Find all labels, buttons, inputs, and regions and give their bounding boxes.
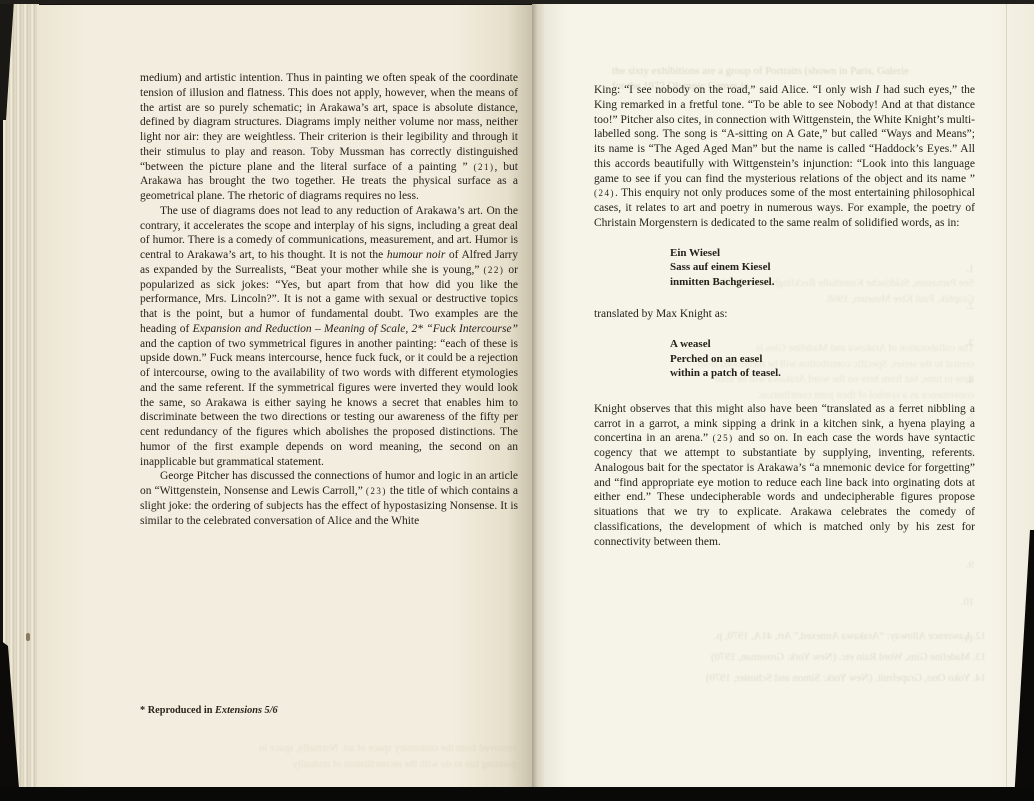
text-run: and the caption of two symmetrical figur…	[140, 338, 518, 468]
bleedthrough-line: 14. Yoko Ono, Grapefruit. (New York: Sim…	[598, 668, 986, 689]
page-blemish	[26, 633, 30, 641]
poem-stanza: Ein WieselSass auf einem Kieselinmitten …	[670, 246, 975, 290]
text-run: and so on. In each case the words have s…	[594, 432, 975, 547]
poem-line: within a patch of teasel.	[670, 366, 975, 381]
right-page-edge-line	[1006, 3, 1007, 788]
backdrop-top-strip	[0, 0, 1034, 4]
backdrop-bottom-strip	[0, 787, 1034, 801]
italic-text: humour noir	[387, 249, 446, 261]
citation-number: (25)	[713, 433, 734, 443]
text-run: medium) and artistic intention. Thus in …	[140, 72, 518, 173]
bleedthrough-line: the sixty exhibitions are a group of Por…	[612, 64, 982, 79]
bleedthrough-line: 13. Madeline Gins, Word Rain etc. (New Y…	[598, 647, 986, 668]
bleedthrough-references: 12. Lawrence Alloway: “Arakawa Annexed,”…	[598, 626, 986, 689]
poem-line: inmitten Bachgeriesel.	[670, 275, 975, 290]
bleedthrough-line: removed from the customary space of art.…	[150, 741, 516, 757]
left-page-footnote: * Reproduced in Extensions 5/6	[140, 704, 520, 717]
bleedthrough-left-page: removed from the customary space of art.…	[150, 741, 516, 773]
text-run: had such eyes,” the King remarked in a f…	[594, 84, 975, 185]
poem-stanza: A weaselPerched on an easelwithin a patc…	[670, 337, 975, 381]
text-run: King: “I see nobody on the road,” said A…	[594, 84, 876, 96]
citation-number: (24)	[594, 188, 615, 198]
citation-number: (21)	[474, 162, 495, 172]
text-run: . This enquiry not only produces some of…	[594, 187, 975, 229]
book-gutter-shadow	[532, 4, 544, 788]
bleedthrough-number: 11.	[948, 634, 974, 671]
paragraph: The use of diagrams does not lead to any…	[140, 204, 518, 470]
paragraph: medium) and artistic intention. Thus in …	[140, 71, 518, 204]
bleedthrough-line: 12. Lawrence Alloway: “Arakawa Annexed,”…	[598, 626, 986, 647]
italic-text: Extensions 5/6	[215, 705, 278, 716]
paragraph: George Pitcher has discussed the connect…	[140, 469, 518, 528]
poem-line: Ein Wiesel	[670, 246, 975, 261]
citation-number: (23)	[366, 486, 387, 496]
bleedthrough-number: 9.	[948, 560, 974, 597]
left-page-text-column: medium) and artistic intention. Thus in …	[140, 71, 518, 528]
text-run: * Reproduced in	[140, 705, 215, 716]
poem-line: A weasel	[670, 337, 975, 352]
poem-line: Perched on an easel	[670, 352, 975, 367]
paragraph: Knight observes that this might also hav…	[594, 402, 975, 550]
poem-line: Sass auf einem Kiesel	[670, 260, 975, 275]
right-page-text-column: King: “I see nobody on the road,” said A…	[594, 83, 975, 549]
book-scan: the sixty exhibitions are a group of Por…	[0, 0, 1034, 801]
italic-text: Expansion and Reduction – Meaning of Sca…	[193, 323, 518, 335]
citation-number: (22)	[483, 265, 504, 275]
text-line: translated by Max Knight as:	[594, 307, 975, 322]
bleedthrough-line: painting has to do with the reconciliati…	[150, 757, 516, 773]
paragraph: King: “I see nobody on the road,” said A…	[594, 83, 975, 231]
bleedthrough-number: 10.	[948, 597, 974, 634]
